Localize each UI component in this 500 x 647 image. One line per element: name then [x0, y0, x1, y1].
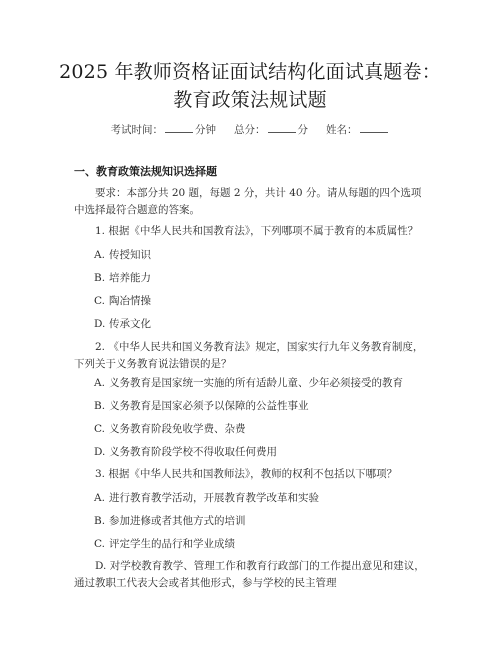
- question-2-option-d: D.义务教育阶段学校不得收取任何费用: [94, 445, 434, 459]
- question-3-stem: 3. 根据《中华人民共和国教师法》，教师的权利不包括以下哪项？: [74, 466, 430, 483]
- question-1-option-a: A.传授知识: [94, 248, 434, 262]
- question-1-stem: 1. 根据《中华人民共和国教育法》，下列哪项不属于教育的本质属性？: [74, 223, 430, 240]
- exam-meta-line: 考试时间：分钟总分：分姓名：: [0, 122, 500, 137]
- question-3-option-b: B.参加进修或者其他方式的培训: [94, 514, 434, 528]
- time-label: 考试时间：: [111, 124, 164, 136]
- question-3-option-a: A.进行教育教学活动，开展教育教学改革和实验: [94, 491, 434, 505]
- question-3-option-d: D. 对学校教育教学、管理工作和教育行政部门的工作提出意见和建议，通过教职工代表…: [74, 558, 430, 592]
- score-label: 总分：: [234, 124, 266, 136]
- question-2-stem: 2. 《中华人民共和国义务教育法》规定，国家实行九年义务教育制度，下列关于义务教…: [74, 339, 430, 373]
- document-page: 2025 年教师资格证面试结构化面试真题卷： 教育政策法规试题 考试时间：分钟总…: [0, 0, 500, 647]
- name-label: 姓名：: [326, 124, 358, 136]
- question-2-option-c: C.义务教育阶段免收学费、杂费: [94, 422, 434, 436]
- section-heading: 一、教育政策法规知识选择题: [74, 163, 217, 179]
- question-2-option-a: A.义务教育是国家统一实施的所有适龄儿童、少年必须接受的教育: [94, 376, 434, 390]
- time-unit: 分钟: [195, 124, 216, 136]
- question-1-option-b: B.培养能力: [94, 271, 434, 285]
- question-1-option-d: D.传承文化: [94, 317, 434, 331]
- section-instructions: 要求：本部分共 20 题，每题 2 分，共计 40 分。请从每题的四个选项中选择…: [74, 185, 430, 219]
- document-title-line1: 2025 年教师资格证面试结构化面试真题卷：: [0, 60, 500, 84]
- time-blank: [165, 122, 193, 133]
- question-1-option-c: C.陶冶情操: [94, 294, 434, 308]
- score-unit: 分: [298, 124, 309, 136]
- score-blank: [268, 122, 296, 133]
- question-2-option-b: B.义务教育是国家必须予以保障的公益性事业: [94, 399, 434, 413]
- question-3-option-c: C.评定学生的品行和学业成绩: [94, 537, 434, 551]
- document-title-line2: 教育政策法规试题: [0, 88, 500, 112]
- name-blank: [360, 122, 388, 133]
